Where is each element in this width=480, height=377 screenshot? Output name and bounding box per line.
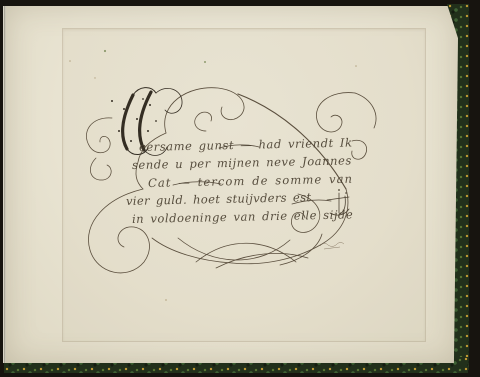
calligraphy-flourishes bbox=[0, 0, 480, 377]
initial-side-curls bbox=[86, 118, 112, 180]
engraver-signature bbox=[320, 243, 344, 250]
book-photograph: eersame gunst — had vriendt Ik sende u p… bbox=[0, 0, 480, 377]
initial-dots bbox=[111, 98, 157, 142]
